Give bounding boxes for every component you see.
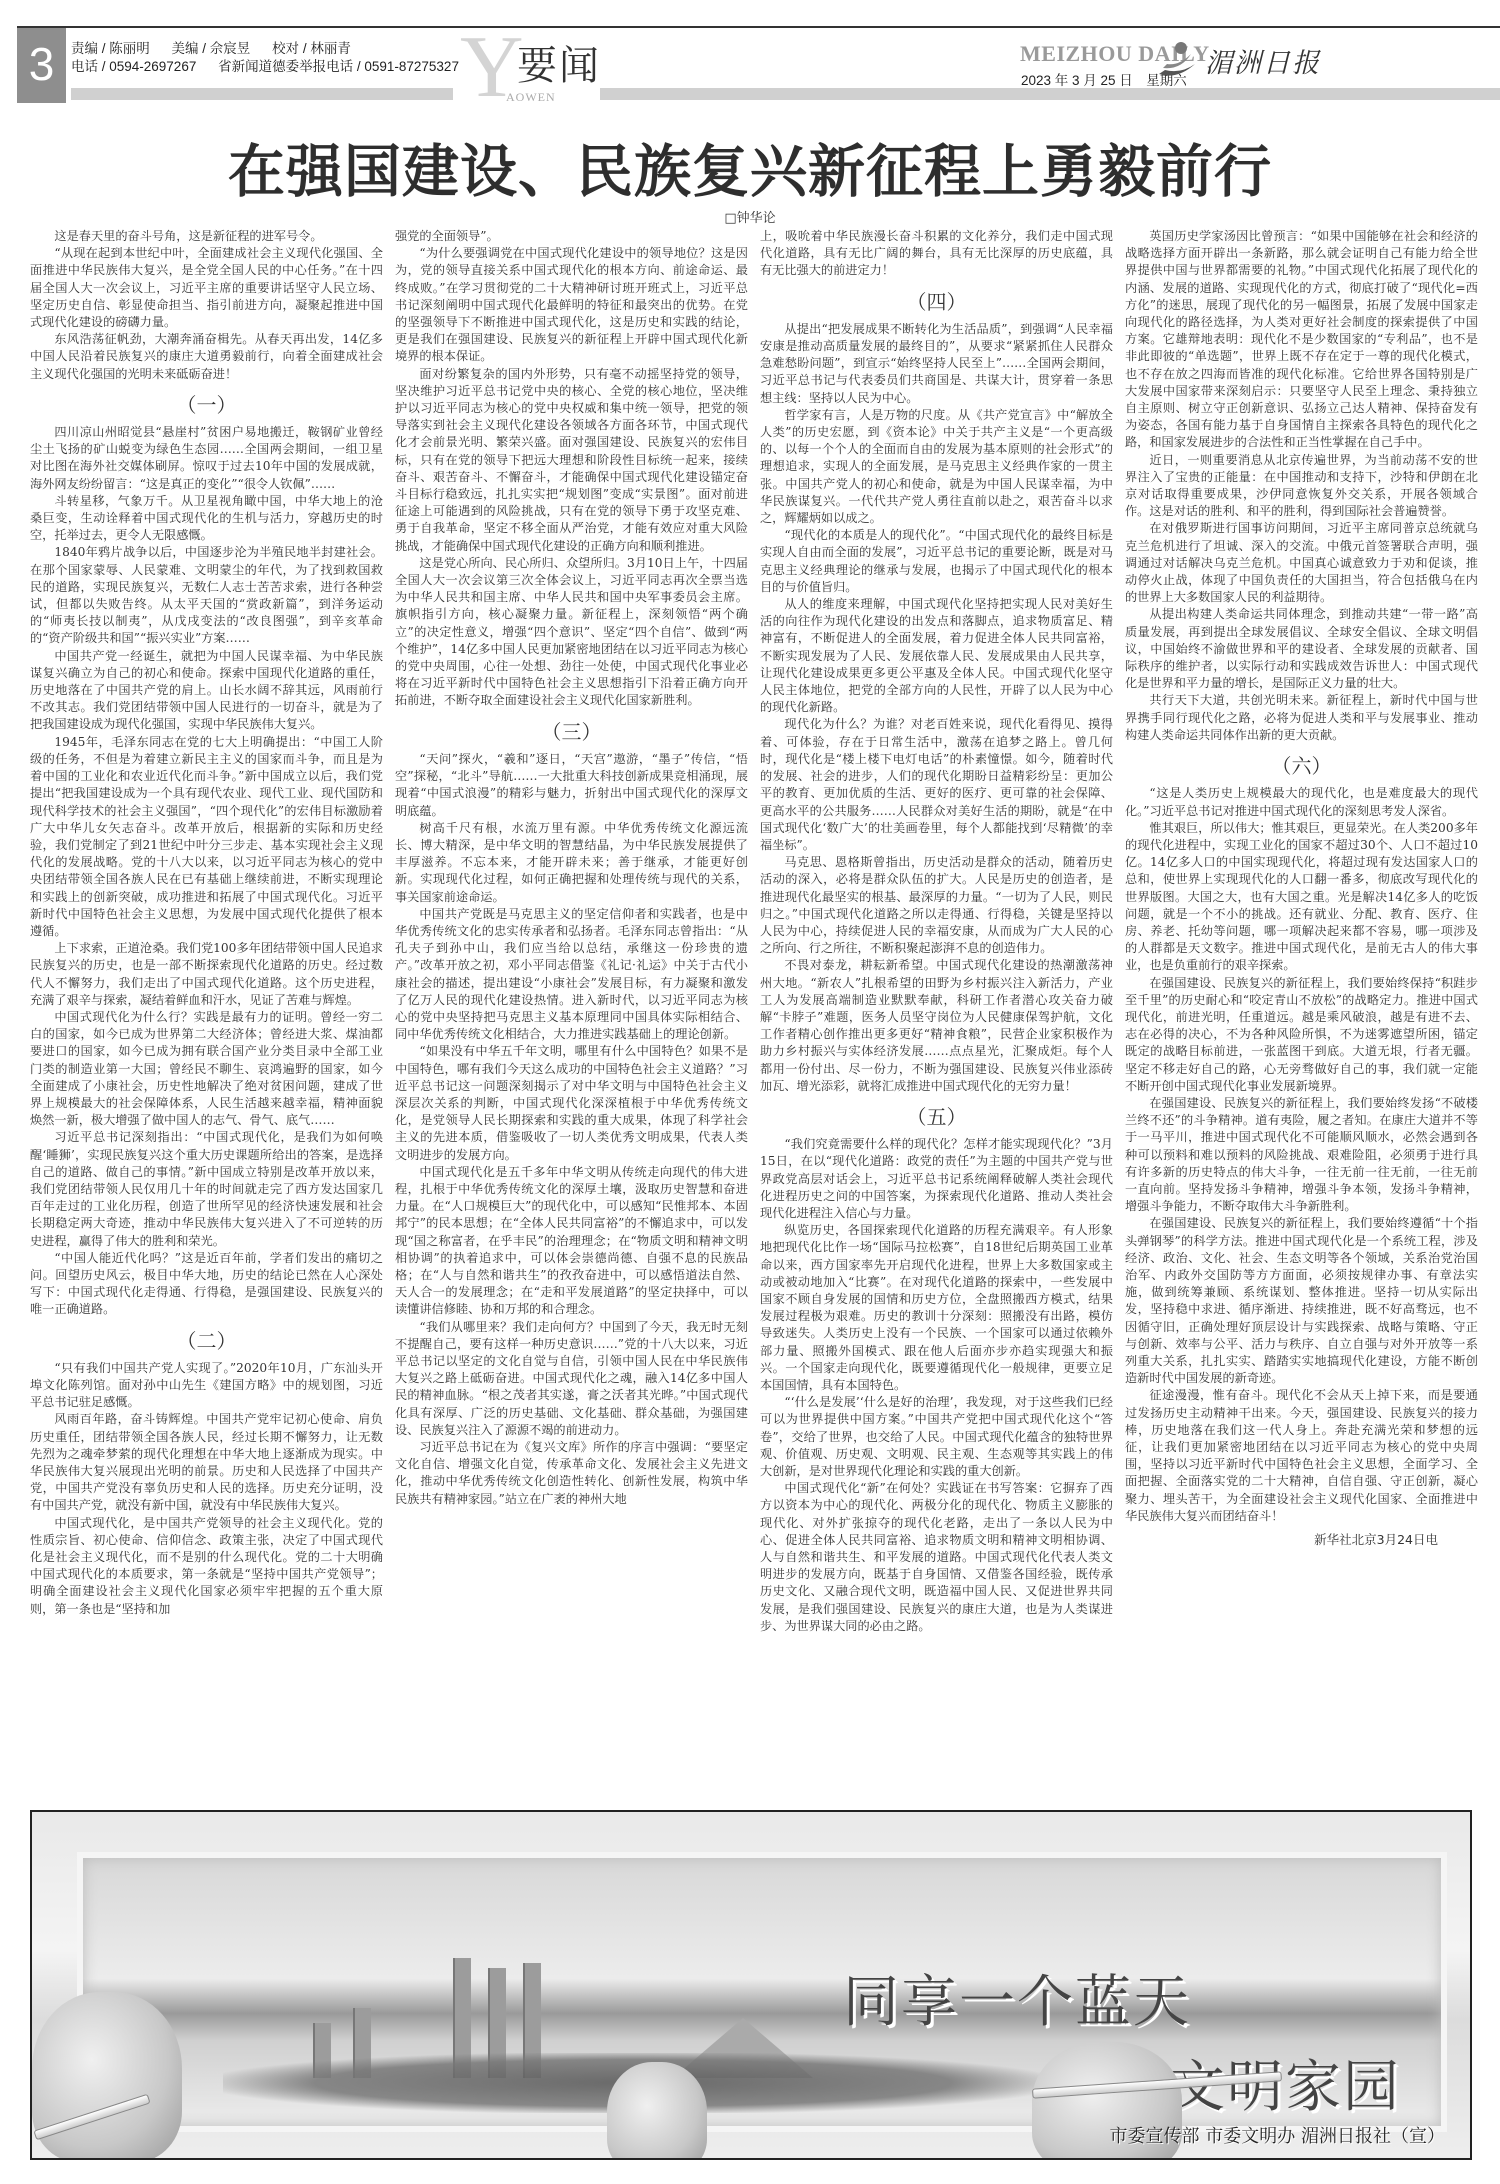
- paragraph: 1840年鸦片战争以后，中国逐步沦为半殖民地半封建社会。在那个国家蒙辱、人民蒙难…: [30, 544, 383, 647]
- paragraph: 东风浩荡征帆劲，大潮奔涌奋楫先。从春天再出发，14亿多中国人民沿着民族复兴的康庄…: [30, 331, 383, 383]
- section-heading-6: （六）: [1125, 758, 1478, 775]
- section-title: 要闻: [517, 34, 601, 91]
- paragraph: “我们究竟需要什么样的现代化？怎样才能实现现代化？”3月15日，在以“现代化道路…: [760, 1136, 1113, 1222]
- ad-sponsor-line: 市委宣传部 市委文明办 湄洲日报社（宣）: [1110, 2122, 1445, 2148]
- paragraph: 英国历史学家汤因比曾预言：“如果中国能够在社会和经济的战略选择方面开辟出一条新路…: [1125, 228, 1478, 452]
- paper-name-cn: 湄洲日报: [1205, 41, 1321, 80]
- paragraph: 在强国建设、民族复兴的新征程上，我们要始终保持“积跬步至千里”的历史耐心和“咬定…: [1125, 975, 1478, 1095]
- paragraph: 从人的维度来理解，中国式现代化坚持把实现人民对美好生活的向往作为现代化建设的出发…: [760, 596, 1113, 716]
- paragraph: 这是春天里的奋斗号角，这是新征程的进军号令。: [30, 228, 383, 245]
- section-heading-3: （三）: [395, 724, 748, 741]
- paragraph: 共行天下大道，共创光明未来。新征程上，新时代中国与世界携手同行现代化之路，必将为…: [1125, 692, 1478, 744]
- paragraph: “天问”探火，“羲和”逐日，“天宫”遨游，“墨子”传信，“悟空”探秘，“北斗”导…: [395, 751, 748, 820]
- paragraph: 不畏对泰龙，耕耘新希望。中国式现代化建设的热潮激荡神州大地。“新农人”扎根希望的…: [760, 957, 1113, 1095]
- paragraph: 纵览历史，各国探索现代化道路的历程充满艰辛。有人形象地把现代化比作一场“国际马拉…: [760, 1222, 1113, 1394]
- paragraph: “中国人能近代化吗？”这是近百年前，学者们发出的痛切之问。回望历史风云，极目中华…: [30, 1250, 383, 1319]
- paragraph: 哲学家有言，人是万物的尺度。从《共产党宣言》中“解放全人类”的历史宏愿，到《资本…: [760, 407, 1113, 527]
- paragraph: 上下求索，正道沧桑。我们党100多年团结带领中国人民追求民族复兴的历史，也是一部…: [30, 940, 383, 1009]
- column-3: 上，吸吮着中华民族漫长奋斗积累的文化养分，我们走中国式现代化道路，具有无比广阔的…: [760, 228, 1113, 1768]
- paragraph: “‘什么是发展’‘什么是好的治理’，我发现，对于这些我们已经可以为世界提供中国方…: [760, 1394, 1113, 1480]
- paragraph: 中国式现代化是五千多年中华文明从传统走向现代的伟大进程，扎根于中华优秀传统文化的…: [395, 1164, 748, 1319]
- ad-landscape-image: 同享一个蓝天 共建文明家园: [77, 1852, 1447, 2132]
- paragraph: 从提出构建人类命运共同体理念，到推动共建“一带一路”高质量发展，再到提出全球发展…: [1125, 606, 1478, 692]
- paragraph: 中国式现代化，是中国共产党领导的社会主义现代化。党的性质宗旨、初心使命、信仰信念…: [30, 1515, 383, 1618]
- paragraph: “我们从哪里来？我们走向何方？中国到了今天，我无时无刻不提醒自己，要有这样一种历…: [395, 1319, 748, 1439]
- paragraph: “为什么要强调党在中国式现代化建设中的领导地位？这是因为，党的领导直接关系中国式…: [395, 245, 748, 365]
- paper-logo: 湄洲日报: [1155, 40, 1321, 80]
- paragraph: 在对俄罗斯进行国事访问期间，习近平主席同普京总统就乌克兰危机进行了坦诚、深入的交…: [1125, 520, 1478, 606]
- paragraph: 征途漫漫，惟有奋斗。现代化不会从天上掉下来，而是要通过发扬历史主动精神干出来。今…: [1125, 1387, 1478, 1525]
- paragraph: 中国共产党既是马克思主义的坚定信仰者和实践者，也是中华优秀传统文化的忠实传承者和…: [395, 906, 748, 1044]
- paragraph: 斗转星移，气象万千。从卫星视角瞰中国，中华大地上的沧桑巨变，生动诠释着中国式现代…: [30, 493, 383, 545]
- column-1: 这是春天里的奋斗号角，这是新征程的进军号令。 “从现在起到本世纪中叶，全面建成社…: [30, 228, 383, 1768]
- header-rule-right: [600, 88, 1500, 100]
- paragraph: 这是党心所向、民心所归、众望所归。3月10日上午，十四届全国人大一次会议第三次全…: [395, 555, 748, 710]
- credit-designer: 美编 / 佘宸昱: [172, 41, 251, 56]
- editor-credits: 责编 / 陈丽明 美编 / 佘宸昱 校对 / 林丽青 电话 / 0594-269…: [71, 40, 477, 76]
- paragraph: 树高千尺有根，水流万里有源。中华优秀传统文化源远流长、博大精深，是中华文明的智慧…: [395, 820, 748, 906]
- paragraph: 从提出“把发展成果不断转化为生活品质”，到强调“人民幸福安康是推动高质量发展的最…: [760, 321, 1113, 407]
- article-headline: 在强国建设、民族复兴新征程上勇毅前行: [0, 126, 1500, 208]
- section-heading-5: （五）: [760, 1109, 1113, 1126]
- paragraph: “如果没有中华五千年文明，哪里有什么中国特色？如果不是中国特色，哪有我们今天这么…: [395, 1043, 748, 1163]
- paragraph: 中国式现代化为什么行？实践是最有力的证明。曾经一穷二白的国家，如今已成为世界第二…: [30, 1009, 383, 1129]
- credit-editor: 责编 / 陈丽明: [71, 41, 150, 56]
- paragraph: 中国式现代化“新”在何处？实践证在书写答案：它摒弃了西方以资本为中心的现代化、两…: [760, 1480, 1113, 1635]
- paragraph: “从现在起到本世纪中叶，全面建成社会主义现代化强国、全面推进中华民族伟大复兴，是…: [30, 245, 383, 331]
- dateline: 新华社北京3月24日电: [1125, 1531, 1478, 1548]
- left-hand-illustration: [32, 1992, 182, 2160]
- paragraph: 四川凉山州昭觉县“悬崖村”贫困户易地搬迁，鞍钢矿业曾经尘土飞扬的矿山蜕变为绿色生…: [30, 424, 383, 493]
- paragraph: 马克思、恩格斯曾指出，历史活动是群众的活动，随着历史活动的深入，必将是群众队伍的…: [760, 854, 1113, 957]
- section-pinyin: AOWEN: [506, 90, 556, 105]
- public-service-ad: 同享一个蓝天 共建文明家园 市委宣传部 市委文明办 湄洲日报社（宣）: [30, 1810, 1472, 2160]
- paragraph: 习近平总书记在为《复兴文库》所作的序言中强调：“要坚定文化自信、增强文化自觉，传…: [395, 1439, 748, 1508]
- credit-report-phone: 省新闻道德委举报电话 / 0591-87275327: [218, 59, 459, 74]
- logo-swirl-icon: [1155, 40, 1199, 80]
- section-heading-2: （二）: [30, 1333, 383, 1350]
- column-2: 强党的全面领导”。 “为什么要强调党在中国式现代化建设中的领导地位？这是因为，党…: [395, 228, 748, 1768]
- masthead: 3 责编 / 陈丽明 美编 / 佘宸昱 校对 / 林丽青 电话 / 0594-2…: [17, 26, 1500, 101]
- ad-slogan-line1: 同享一个蓝天: [843, 1958, 1191, 2038]
- paragraph: 风雨百年路，奋斗铸辉煌。中国共产党牢记初心使命、肩负历史重任，团结带领全国各族人…: [30, 1411, 383, 1514]
- paragraph: “现代化的本质是人的现代化”。“中国式现代化的最终目标是实现人自由而全面的发展”…: [760, 527, 1113, 596]
- center-hand-illustration: [607, 2062, 707, 2160]
- paragraph: 在强国建设、民族复兴的新征程上，我们要始终遵循“十个指头弹钢琴”的科学方法。推进…: [1125, 1215, 1478, 1387]
- paragraph: “只有我们中国共产党人实现了。”2020年10月，广东汕头开埠文化陈列馆。面对孙…: [30, 1360, 383, 1412]
- credit-proofreader: 校对 / 林丽青: [272, 41, 351, 56]
- paragraph: 在强国建设、民族复兴的新征程上，我们要始终发扬“不破楼兰终不还”的斗争精神。道有…: [1125, 1095, 1478, 1215]
- paragraph: “这是人类历史上规模最大的现代化，也是难度最大的现代化。”习近平总书记对推进中国…: [1125, 785, 1478, 819]
- article-byline: □钟华论: [0, 207, 1500, 226]
- page-number: 3: [17, 28, 66, 103]
- paragraph: 1945年，毛泽东同志在党的七大上明确提出：“中国工人阶级的任务，不但是为着建立…: [30, 734, 383, 940]
- section-heading-1: （一）: [30, 397, 383, 414]
- credit-phone: 电话 / 0594-2697267: [71, 59, 196, 74]
- paragraph: 惟其艰巨，所以伟大；惟其艰巨，更显荣光。在人类200多年的现代化进程中，实现工业…: [1125, 820, 1478, 975]
- paragraph: 近日，一则重要消息从北京传遍世界，为当前动荡不安的世界注入了宝贵的正能量：在中国…: [1125, 452, 1478, 521]
- section-heading-4: （四）: [760, 294, 1113, 311]
- paragraph: 现代化为什么？为谁？对老百姓来说，现代化看得见、摸得着、可体验，存在于日常生活中…: [760, 716, 1113, 854]
- paragraph: 习近平总书记深刻指出：“中国式现代化，是我们为如何唤醒‘睡狮’，实现民族复兴这个…: [30, 1129, 383, 1249]
- paragraph: 强党的全面领导”。: [395, 228, 748, 245]
- header-rule-left: [71, 88, 453, 100]
- paragraph: 面对纷繁复杂的国内外形势，只有毫不动摇坚持党的领导，坚决维护习近平总书记党中央的…: [395, 366, 748, 555]
- article-body: 这是春天里的奋斗号角，这是新征程的进军号令。 “从现在起到本世纪中叶，全面建成社…: [30, 228, 1480, 1768]
- paragraph: 上，吸吮着中华民族漫长奋斗积累的文化养分，我们走中国式现代化道路，具有无比广阔的…: [760, 228, 1113, 280]
- column-4: 英国历史学家汤因比曾预言：“如果中国能够在社会和经济的战略选择方面开辟出一条新路…: [1125, 228, 1478, 1768]
- paragraph: 中国共产党一经诞生，就把为中国人民谋幸福、为中华民族谋复兴确立为自己的初心和使命…: [30, 648, 383, 734]
